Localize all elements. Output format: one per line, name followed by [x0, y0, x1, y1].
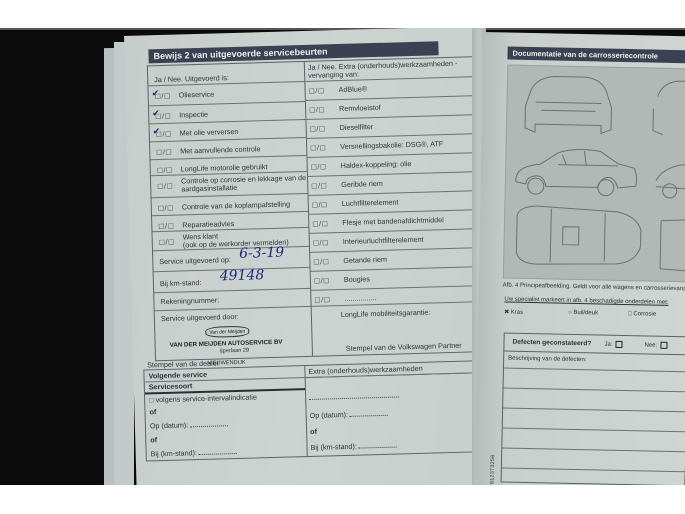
extra-work-item-label: Haldex-koppeling: olie	[341, 160, 412, 170]
defects-header: Defecten geconstateerd? Ja: Nee:	[504, 333, 685, 355]
extra-dotted-line	[309, 391, 399, 400]
marking-instruction: Uw specialist markeert in afb. 4 beschad…	[504, 296, 668, 305]
body-inspection-page: Documentatie van de carrosseriecontrole	[474, 32, 685, 485]
extra-work-item-label: Versnellingsbakolie: DSG®, ATF	[340, 140, 443, 151]
service-date-label: Service uitgevoerd op:	[159, 256, 231, 266]
car-diagram	[503, 64, 685, 282]
dealer-street: Ijperlaan 29	[220, 348, 249, 355]
date-dotted-line	[190, 420, 228, 427]
row-line	[306, 133, 478, 139]
extra-work-item-label: Interieurluchtfilterelement	[343, 236, 424, 247]
service-type-header: Servicesoort	[149, 382, 193, 391]
km-dotted-line	[199, 448, 237, 455]
row-line	[503, 407, 685, 412]
yes-no-checkbox[interactable]: □/□	[310, 124, 326, 132]
checkbox-icon	[660, 342, 667, 349]
page-title: Documentatie van de carrosseriecontrole	[507, 46, 685, 63]
yes-no-checkbox[interactable]: □/□	[158, 222, 174, 230]
legend-item-kras: ✖ Kras	[504, 308, 523, 315]
row-line	[504, 367, 685, 372]
or-label: of	[149, 408, 156, 416]
extra-work-item-label: AdBlue®	[338, 85, 367, 94]
yes-no-checkbox[interactable]: □/□	[309, 105, 325, 113]
extra-date-label: Op (datum):	[310, 410, 349, 420]
extra-work-item-label: Dieselfilter	[340, 123, 374, 132]
next-service-table: Volgende service Servicesoort □ volgens …	[143, 360, 481, 461]
extra-work-item-label: Geribde riem	[341, 180, 383, 189]
row-line	[305, 114, 477, 120]
check-mark-icon: ✔	[151, 89, 159, 99]
interval-option-checkbox[interactable]: □ volgens service-intervalindicatie	[149, 393, 257, 404]
next-km-label: Bij (km-stand):	[151, 448, 198, 458]
yes-no-checkbox[interactable]: □/□	[311, 162, 327, 170]
extra-work-item-label: Luchtfilterelement	[342, 198, 399, 208]
longlife-label: LongLife mobiliteitsgarantie:	[341, 309, 431, 320]
row-line	[154, 288, 310, 293]
extra-work-field[interactable]	[309, 391, 399, 402]
yes-label: Ja:	[604, 342, 612, 348]
yes-no-checkbox[interactable]: □/□	[314, 276, 330, 284]
row-line	[310, 266, 482, 272]
yes-no-checkbox[interactable]: □/□	[312, 219, 328, 227]
or-label: of	[150, 436, 157, 444]
extra-work-item-label: Getande riem	[343, 256, 387, 265]
car-outlines-icon	[504, 66, 685, 284]
extra-date-field[interactable]: Op (datum):	[310, 410, 389, 420]
row-line	[149, 119, 305, 124]
service-date-handwritten: 6-3-19	[239, 245, 285, 262]
yes-no-checkbox[interactable]: □/□	[308, 86, 324, 94]
partner-stamp-label: Stempel van de Volkswagen Partner	[346, 342, 462, 354]
service-item-label-2: aardgasinstallatie	[181, 184, 237, 194]
serial-number: 012373250	[489, 454, 497, 484]
invoice-label: Rekeningnummer:	[160, 296, 219, 306]
performed-by-label: Service uitgevoerd door:	[161, 313, 239, 323]
row-line	[310, 285, 482, 291]
extra-work-item-label: Remvloeistof	[339, 104, 381, 113]
km-handwritten: 49148	[220, 267, 265, 284]
row-line	[308, 190, 480, 196]
no-checkbox[interactable]: Nee:	[644, 341, 667, 349]
yes-checkbox[interactable]: Ja:	[604, 341, 622, 348]
yes-no-checkbox[interactable]: □/□	[312, 200, 328, 208]
document-photo: Bewijs 2 van uitgevoerde servicebeurten …	[0, 28, 685, 485]
row-line	[305, 95, 477, 101]
row-line	[150, 137, 306, 142]
row-line	[503, 427, 685, 432]
service-item-label: Olieservice	[179, 91, 215, 100]
km-label: Bij km-stand:	[160, 279, 202, 288]
extra-work-item-label: Bougies	[344, 275, 370, 284]
yes-no-checkbox[interactable]: □/□	[313, 257, 329, 265]
row-line	[307, 171, 479, 177]
yes-no-checkbox[interactable]: □/□	[157, 166, 173, 174]
yes-no-checkbox[interactable]: □/□	[310, 143, 326, 151]
yes-no-checkbox[interactable]: □/□	[313, 238, 329, 246]
service-record-page: Bewijs 2 van uitgevoerde servicebeurten …	[124, 28, 499, 485]
row-line	[502, 447, 685, 452]
extra-work-item-label: Flesje met bandenafdichtmiddel	[342, 216, 444, 227]
row-line	[504, 387, 685, 392]
yes-no-checkbox[interactable]: □/□	[156, 148, 172, 156]
row-line	[149, 101, 305, 106]
service-item-label: Inspectie	[179, 111, 208, 120]
defects-form: Defecten geconstateerd? Ja: Nee: Beschri…	[501, 332, 685, 485]
extra-work-item-label: ................	[344, 294, 376, 303]
row-line	[152, 211, 308, 216]
row-line	[502, 467, 685, 472]
yes-no-checkbox[interactable]: □/□	[311, 181, 327, 189]
checkbox-icon	[615, 341, 622, 348]
column-divider	[304, 366, 308, 456]
row-line	[150, 155, 306, 160]
service-item-label: Met olie verversen	[180, 128, 239, 138]
no-label: Nee:	[644, 343, 657, 349]
service-item-label: Controle van de koplampafstelling	[182, 200, 290, 211]
extra-km-label: Bij (km-stand):	[310, 442, 357, 452]
check-mark-icon: ✔	[152, 109, 160, 119]
row-line	[309, 228, 481, 234]
service-item-label: Met aanvullende controle	[180, 145, 261, 156]
extra-km-field[interactable]: Bij (km-stand):	[310, 442, 397, 453]
yes-no-checkbox[interactable]: □/□	[157, 182, 173, 190]
legend-item-corrosie: □ Corrosie	[628, 311, 656, 318]
yes-no-checkbox[interactable]: □/□	[314, 295, 330, 303]
next-date-field[interactable]: Op (datum):	[150, 420, 229, 430]
yes-no-checkbox[interactable]: □/□	[159, 238, 175, 246]
legend-item-buil-deuk: ○ Buil/deuk	[568, 310, 598, 317]
extra-date-dotted-line	[350, 410, 388, 417]
figure-caption: Afb. 4 Principeafbeelding. Geldt voor al…	[503, 282, 685, 292]
extra-or-label: of	[310, 428, 317, 436]
row-line	[152, 193, 308, 198]
extra-km-dotted-line	[359, 442, 397, 449]
defects-question: Defecten geconstateerd?	[512, 339, 591, 348]
next-date-label: Op (datum):	[150, 420, 189, 430]
next-km-field[interactable]: Bij (km-stand):	[151, 448, 238, 459]
row-line	[308, 209, 480, 215]
defects-description-label: Beschrijving van de defecten:	[508, 356, 586, 364]
yes-no-checkbox[interactable]: □/□	[158, 204, 174, 212]
service-table: Ja / Nee. Uitgevoerd is: Ja / Nee. Extra…	[147, 56, 485, 361]
row-line	[306, 152, 478, 158]
row-line	[309, 247, 481, 253]
dealer-logo: Van der Meijden	[205, 326, 249, 338]
check-mark-icon: ✔	[153, 127, 161, 137]
dealer-city: NIEUWENDIJK	[207, 360, 246, 367]
